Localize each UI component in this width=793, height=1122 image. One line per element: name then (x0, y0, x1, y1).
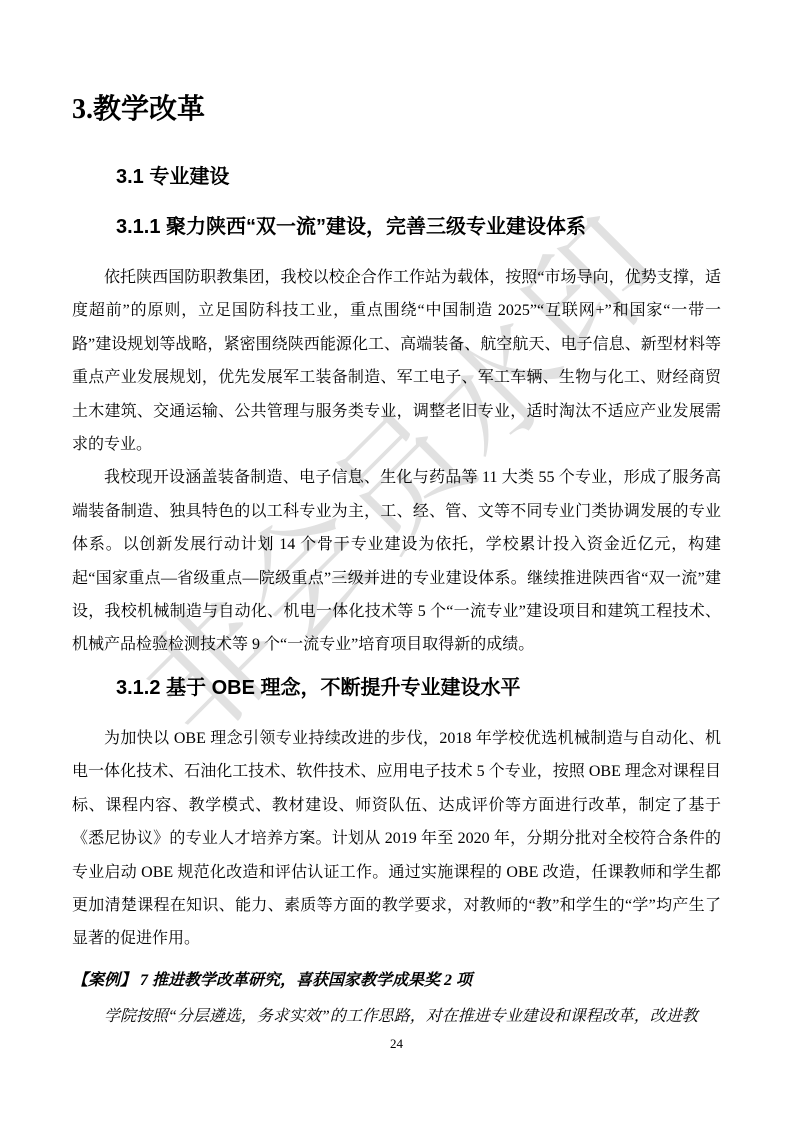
section-title-3-1: 3.1 专业建设 (72, 165, 721, 189)
subsection-title-3-1-1: 3.1.1 聚力陕西“双一流”建设，完善三级专业建设体系 (72, 215, 721, 239)
page-number: 24 (0, 1036, 793, 1052)
paragraph-3: 为加快以 OBE 理念引领专业持续改进的步伐，2018 年学校优选机械制造与自动… (72, 722, 721, 956)
document-page: 非会员水印 3.教学改革 3.1 专业建设 3.1.1 聚力陕西“双一流”建设，… (0, 0, 793, 1122)
case-paragraph: 学院按照“分层遴选，务求实效”的工作思路，对在推进专业建设和课程改革，改进教 (72, 1002, 721, 1032)
chapter-title: 3.教学改革 (72, 92, 721, 127)
page-content: 3.教学改革 3.1 专业建设 3.1.1 聚力陕西“双一流”建设，完善三级专业… (0, 0, 793, 1032)
case-heading: 【案例】 7 推进教学改革研究，喜获国家教学成果奖 2 项 (72, 966, 721, 996)
paragraph-2: 我校现开设涵盖装备制造、电子信息、生化与药品等 11 大类 55 个专业，形成了… (72, 461, 721, 661)
paragraph-1: 依托陕西国防职教集团，我校以校企合作工作站为载体，按照“市场导向，优势支撑，适度… (72, 261, 721, 461)
subsection-title-3-1-2: 3.1.2 基于 OBE 理念，不断提升专业建设水平 (72, 676, 721, 700)
